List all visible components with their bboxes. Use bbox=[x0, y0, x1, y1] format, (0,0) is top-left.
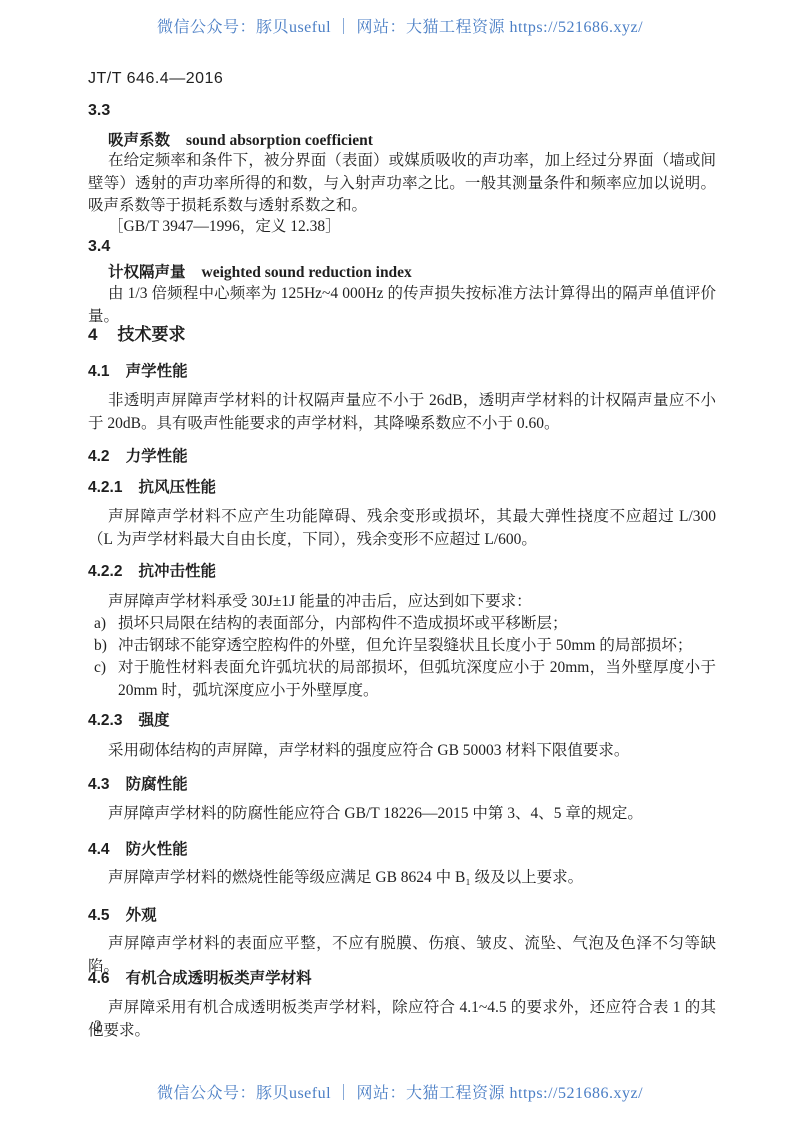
term-zh: 计权隔声量 bbox=[108, 264, 186, 281]
section-4-2-3-body: 采用砌体结构的声屏障，声学材料的强度应符合 GB 50003 材料下限值要求。 bbox=[88, 740, 716, 763]
section-4-6-heading: 4.6有机合成透明板类声学材料 bbox=[88, 966, 716, 988]
clause-3-4-term: 计权隔声量weighted sound reduction index bbox=[88, 260, 716, 282]
list-item-b: b) 冲击钢球不能穿透空腔构件的外壁，但允许呈裂缝状且长度小于 50mm 的局部… bbox=[88, 635, 716, 658]
section-title: 防火性能 bbox=[126, 841, 188, 858]
section-number: 4.1 bbox=[88, 363, 110, 380]
section-title: 力学性能 bbox=[126, 448, 188, 465]
section-number: 4.4 bbox=[88, 841, 110, 858]
section-title: 抗冲击性能 bbox=[138, 563, 216, 580]
section-4-2-1-body: 声屏障声学材料不应产生功能障碍、残余变形或损坏，其最大弹性挠度不应超过 L/30… bbox=[88, 506, 716, 551]
section-4-1-body: 非透明声屏障声学材料的计权隔声量应不小于 26dB，透明声学材料的计权隔声量应不… bbox=[88, 390, 716, 435]
watermark-header: 微信公众号：豚贝useful ｜ 网站：大猫工程资源 https://52168… bbox=[0, 14, 800, 37]
list-item-a: a) 损坏只局限在结构的表面部分，内部构件不造成损坏或平移断层； bbox=[88, 613, 716, 636]
section-4-4-heading: 4.4防火性能 bbox=[88, 837, 716, 859]
section-number: 4.2.2 bbox=[88, 563, 122, 580]
document-page: 微信公众号：豚贝useful ｜ 网站：大猫工程资源 https://52168… bbox=[0, 0, 800, 1129]
term-zh: 吸声系数 bbox=[108, 132, 170, 149]
page-number: 2 bbox=[88, 1018, 722, 1036]
section-4-2-3-heading: 4.2.3强度 bbox=[88, 708, 716, 730]
list-label: a) bbox=[88, 613, 118, 636]
clause-3-3-number: 3.3 bbox=[88, 102, 716, 120]
list-text: 对于脆性材料表面允许弧坑状的局部损坏，但弧坑深度应小于 20mm，当外壁厚度小于… bbox=[118, 657, 716, 702]
section-4-1-heading: 4.1声学性能 bbox=[88, 359, 716, 381]
section-title: 强度 bbox=[138, 712, 169, 729]
chapter-4-heading: 4技术要求 bbox=[88, 320, 716, 345]
chapter-title: 技术要求 bbox=[117, 325, 185, 344]
section-title: 外观 bbox=[126, 907, 157, 924]
section-number: 4.3 bbox=[88, 776, 110, 793]
section-title: 有机合成透明板类声学材料 bbox=[126, 970, 312, 987]
term-en: sound absorption coefficient bbox=[186, 132, 373, 149]
section-title: 抗风压性能 bbox=[138, 479, 216, 496]
section-4-5-heading: 4.5外观 bbox=[88, 903, 716, 925]
list-label: c) bbox=[88, 657, 118, 702]
list-text: 冲击钢球不能穿透空腔构件的外壁，但允许呈裂缝状且长度小于 50mm 的局部损坏； bbox=[118, 635, 716, 658]
chapter-number: 4 bbox=[88, 325, 97, 344]
section-4-3-body: 声屏障声学材料的防腐性能应符合 GB/T 18226—2015 中第 3、4、5… bbox=[88, 803, 716, 826]
watermark-footer: 微信公众号：豚贝useful ｜ 网站：大猫工程资源 https://52168… bbox=[0, 1080, 800, 1103]
standard-code: JT/T 646.4—2016 bbox=[88, 70, 716, 88]
clause-3-4-number: 3.4 bbox=[88, 238, 716, 256]
list-item-c: c) 对于脆性材料表面允许弧坑状的局部损坏，但弧坑深度应小于 20mm，当外壁厚… bbox=[88, 657, 716, 702]
clause-3-3-definition: 在给定频率和条件下，被分界面（表面）或媒质吸收的声功率，加上经过分界面（墙或间壁… bbox=[88, 150, 716, 218]
section-title: 防腐性能 bbox=[126, 776, 188, 793]
section-4-2-heading: 4.2力学性能 bbox=[88, 444, 716, 466]
list-text: 损坏只局限在结构的表面部分，内部构件不造成损坏或平移断层； bbox=[118, 613, 716, 636]
section-4-2-2-intro: 声屏障声学材料承受 30J±1J 能量的冲击后，应达到如下要求： bbox=[88, 591, 716, 614]
section-number: 4.6 bbox=[88, 970, 110, 987]
section-4-2-1-heading: 4.2.1抗风压性能 bbox=[88, 475, 716, 497]
section-4-3-heading: 4.3防腐性能 bbox=[88, 772, 716, 794]
section-number: 4.2.1 bbox=[88, 479, 122, 496]
section-number: 4.5 bbox=[88, 907, 110, 924]
list-label: b) bbox=[88, 635, 118, 658]
section-4-2-2-heading: 4.2.2抗冲击性能 bbox=[88, 559, 716, 581]
section-4-4-body: 声屏障声学材料的燃烧性能等级应满足 GB 8624 中 B₁ 级及以上要求。 bbox=[88, 867, 716, 890]
clause-3-3-source: ［GB/T 3947—1996，定义 12.38］ bbox=[88, 216, 716, 239]
clause-3-3-term: 吸声系数sound absorption coefficient bbox=[88, 128, 716, 150]
section-number: 4.2.3 bbox=[88, 712, 122, 729]
section-number: 4.2 bbox=[88, 448, 110, 465]
section-title: 声学性能 bbox=[126, 363, 188, 380]
term-en: weighted sound reduction index bbox=[202, 264, 412, 281]
